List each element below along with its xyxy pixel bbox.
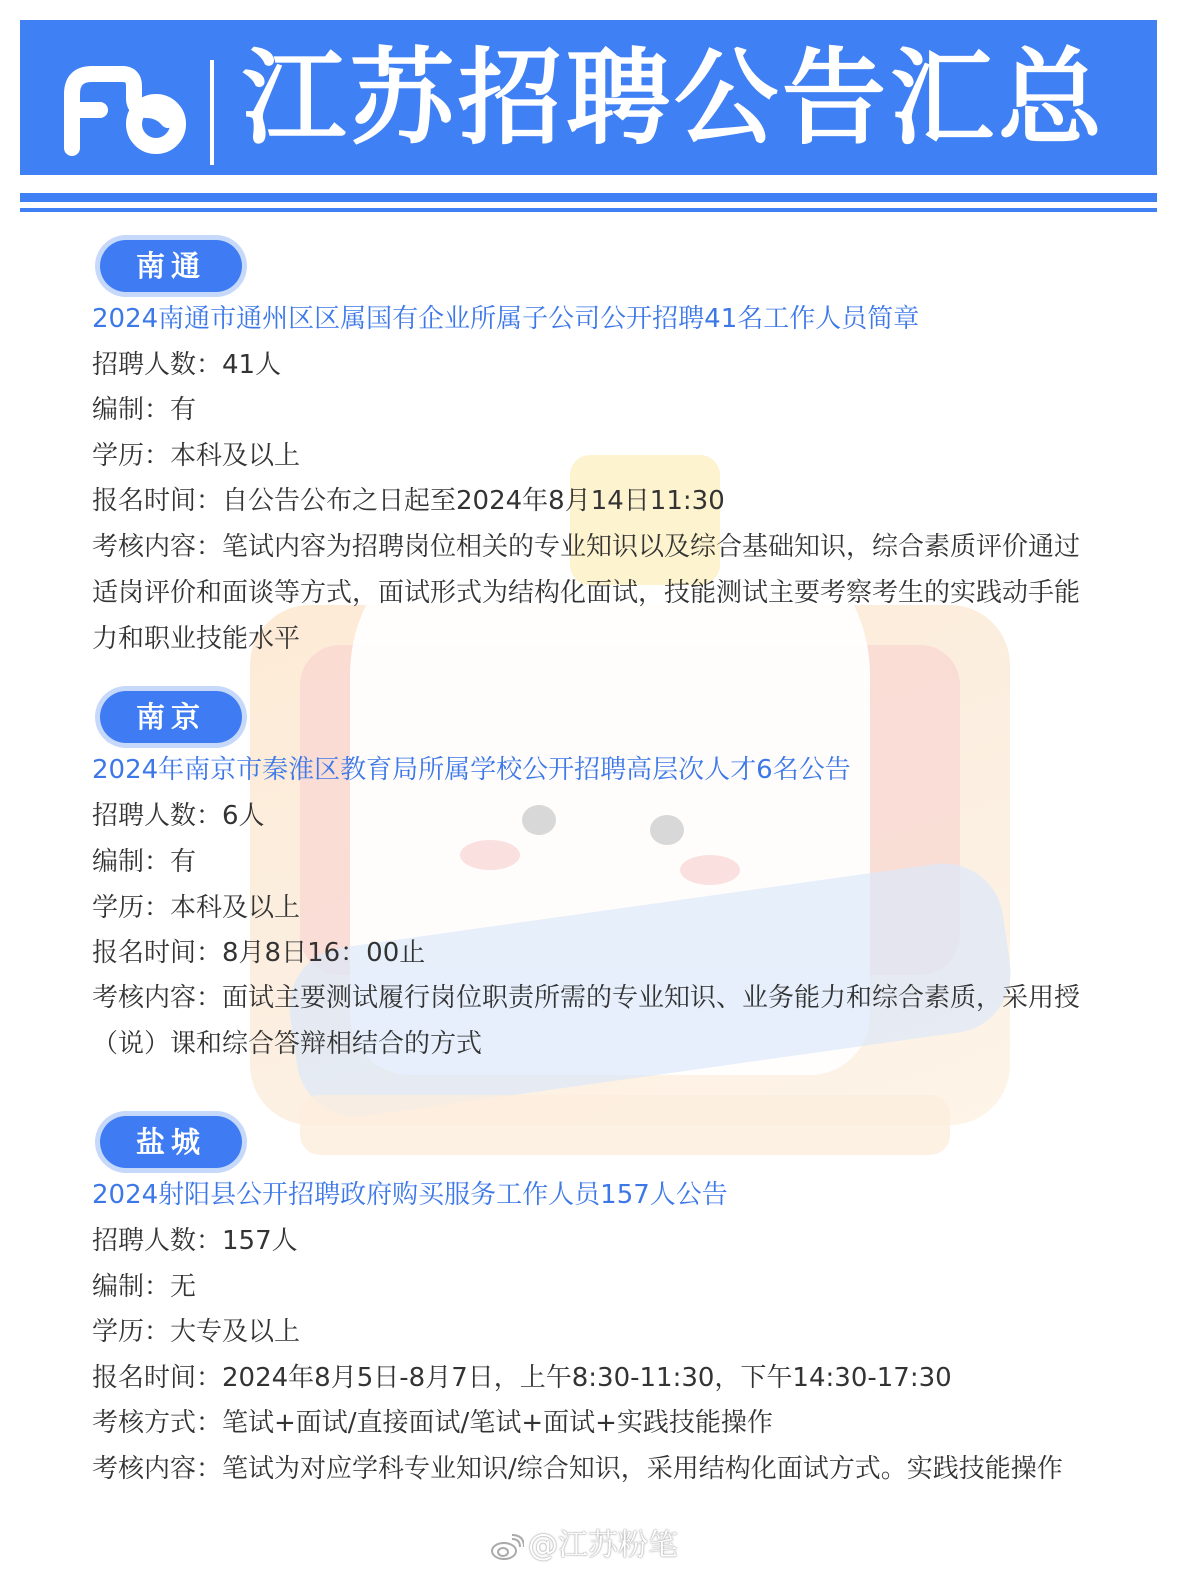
field-value: 8月8日16：00止 (222, 938, 425, 968)
announcement-title[interactable]: 2024射阳县公开招聘政府购买服务工作人员157人公告 (92, 1179, 728, 1211)
field-headcount: 招聘人数：41人 (92, 349, 281, 381)
field-education: 学历：大专及以上 (92, 1316, 300, 1348)
field-value: 有 (170, 395, 196, 425)
field-registration-time: 报名时间：自公告公布之日起至2024年8月14日11:30 (92, 485, 725, 517)
field-label: 报名时间： (92, 938, 222, 968)
city-badge-label: 南京 (100, 691, 242, 743)
field-label: 招聘人数： (92, 350, 222, 380)
field-establishment: 编制：有 (92, 846, 196, 878)
field-label: 学历： (92, 893, 170, 923)
watermark-text: @江苏粉笔 (528, 1528, 678, 1563)
city-badge-nanjing: 南京 (95, 686, 247, 748)
city-badge-nantong: 南通 (95, 235, 247, 297)
field-label: 考核内容： (92, 532, 222, 562)
field-education: 学历：本科及以上 (92, 440, 300, 472)
field-registration-time: 报名时间：2024年8月5日-8月7日，上午8:30-11:30，下午14:30… (92, 1362, 952, 1394)
field-value: 本科及以上 (170, 893, 300, 923)
field-value: 有 (170, 847, 196, 877)
field-value: 自公告公布之日起至2024年8月14日11:30 (222, 486, 725, 516)
weibo-icon (490, 1533, 524, 1561)
field-value: 6人 (222, 801, 265, 831)
field-label: 报名时间： (92, 1363, 222, 1393)
content: 南通 2024南通市通州区区属国有企业所属子公司公开招聘41名工作人员简章 招聘… (0, 0, 1181, 1575)
city-badge-label: 南通 (100, 240, 242, 292)
field-registration-time: 报名时间：8月8日16：00止 (92, 937, 425, 969)
field-label: 考核内容： (92, 1454, 222, 1484)
field-label: 编制： (92, 847, 170, 877)
field-assessment-method: 考核方式：笔试+面试/直接面试/笔试+面试+实践技能操作 (92, 1407, 773, 1439)
city-badge-label: 盐城 (100, 1116, 242, 1168)
field-value: 笔试内容为招聘岗位相关的专业知识以及综合基础知识，综合素质评价通过适岗评价和面谈… (92, 532, 1080, 654)
field-value: 41人 (222, 350, 281, 380)
field-education: 学历：本科及以上 (92, 892, 300, 924)
field-label: 学历： (92, 441, 170, 471)
field-value: 面试主要测试履行岗位职责所需的专业知识、业务能力和综合素质，采用授（说）课和综合… (92, 983, 1080, 1059)
field-label: 报名时间： (92, 486, 222, 516)
field-value: 笔试+面试/直接面试/笔试+面试+实践技能操作 (222, 1408, 773, 1438)
city-badge-yancheng: 盐城 (95, 1111, 247, 1173)
field-establishment: 编制：无 (92, 1271, 196, 1303)
field-headcount: 招聘人数：6人 (92, 800, 265, 832)
field-label: 编制： (92, 395, 170, 425)
field-label: 学历： (92, 1317, 170, 1347)
field-label: 招聘人数： (92, 1226, 222, 1256)
field-label: 考核内容： (92, 983, 222, 1013)
field-assessment-content: 考核内容：笔试为对应学科专业知识/综合知识，采用结构化面试方式。实践技能操作 (92, 1446, 1082, 1492)
field-value: 大专及以上 (170, 1317, 300, 1347)
field-label: 招聘人数： (92, 801, 222, 831)
field-label: 编制： (92, 1272, 170, 1302)
field-assessment-content: 考核内容：笔试内容为招聘岗位相关的专业知识以及综合基础知识，综合素质评价通过适岗… (92, 524, 1082, 662)
announcement-title[interactable]: 2024年南京市秦淮区教育局所属学校公开招聘高层次人才6名公告 (92, 754, 851, 786)
field-establishment: 编制：有 (92, 394, 196, 426)
field-value: 157人 (222, 1226, 298, 1256)
field-value: 无 (170, 1272, 196, 1302)
field-value: 本科及以上 (170, 441, 300, 471)
announcement-title[interactable]: 2024南通市通州区区属国有企业所属子公司公开招聘41名工作人员简章 (92, 303, 919, 335)
weibo-watermark: @江苏粉笔 (490, 1520, 678, 1564)
field-value: 2024年8月5日-8月7日，上午8:30-11:30，下午14:30-17:3… (222, 1363, 952, 1393)
field-label: 考核方式： (92, 1408, 222, 1438)
field-value: 笔试为对应学科专业知识/综合知识，采用结构化面试方式。实践技能操作 (222, 1454, 1063, 1484)
field-assessment-content: 考核内容：面试主要测试履行岗位职责所需的专业知识、业务能力和综合素质，采用授（说… (92, 975, 1082, 1067)
field-headcount: 招聘人数：157人 (92, 1225, 298, 1257)
